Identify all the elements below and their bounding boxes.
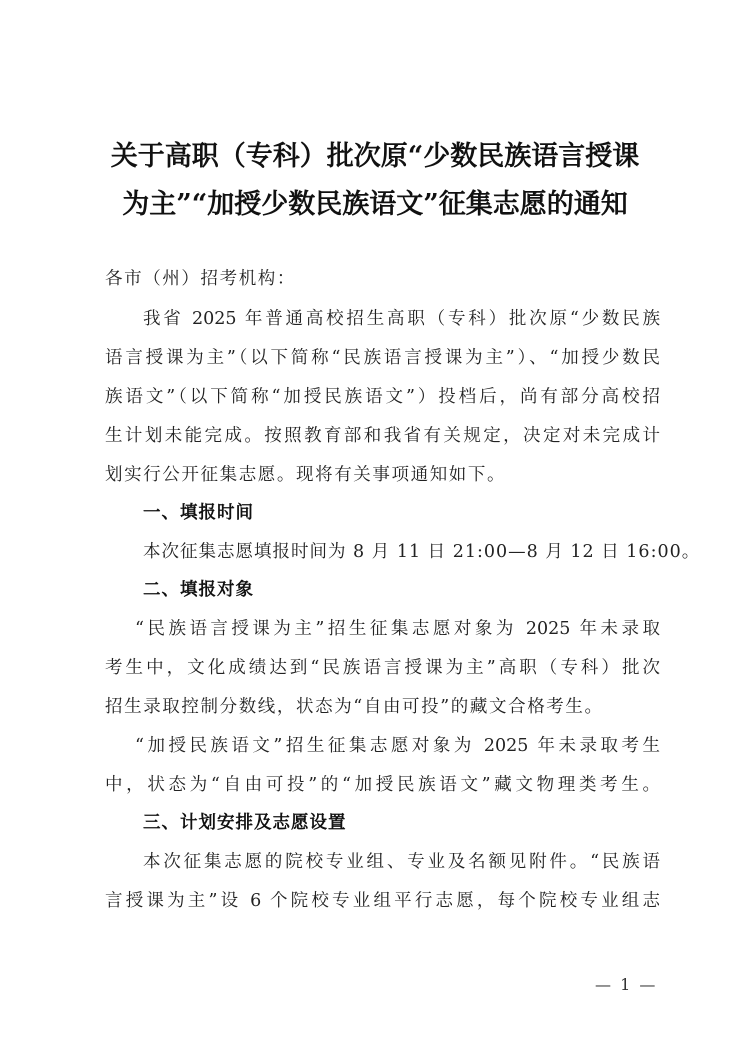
- section-heading-2: 二、填报对象: [105, 579, 660, 601]
- page-number: — 1 —: [595, 975, 657, 994]
- section-2-line: “民族语言授课为主”招生征集志愿对象为 2025 年未录取: [105, 618, 660, 640]
- body-line: 语言授课为主”（以下简称“民族语言授课为主”）、“加授少数民: [105, 347, 660, 369]
- salutation: 各市（州）招考机构：: [105, 268, 660, 290]
- section-2-line: 招生录取控制分数线，状态为“自由可投”的藏文合格考生。: [105, 696, 660, 718]
- body-line: 生计划未能完成。按照教育部和我省有关规定，决定对未完成计: [105, 425, 660, 447]
- body-line: 族语文”（以下简称“加授民族语文”）投档后，尚有部分高校招: [105, 386, 660, 408]
- document-title-line-1: 关于高职（专科）批次原“少数民族语言授课: [60, 142, 690, 172]
- section-2-line: 中，状态为“自由可投”的“加授民族语文”藏文物理类考生。: [105, 774, 660, 796]
- section-2-line: “加授民族语文”招生征集志愿对象为 2025 年未录取考生: [105, 735, 660, 757]
- body-line: 我省 2025 年普通高校招生高职（专科）批次原“少数民族: [105, 308, 660, 330]
- section-2-line: 考生中，文化成绩达到“民族语言授课为主”高职（专科）批次: [105, 657, 660, 679]
- document-title-line-2: 为主”“加授少数民族语文”征集志愿的通知: [60, 190, 690, 220]
- section-heading-3: 三、计划安排及志愿设置: [105, 812, 660, 834]
- body-line: 划实行公开征集志愿。现将有关事项通知如下。: [105, 464, 660, 486]
- section-3-line: 本次征集志愿的院校专业组、专业及名额见附件。“民族语: [105, 851, 660, 873]
- section-3-line: 言授课为主”设 6 个院校专业组平行志愿，每个院校专业组志: [105, 890, 660, 912]
- section-1-line: 本次征集志愿填报时间为 8 月 11 日 21:00—8 月 12 日 16:0…: [105, 541, 660, 563]
- section-heading-1: 一、填报时间: [105, 502, 660, 524]
